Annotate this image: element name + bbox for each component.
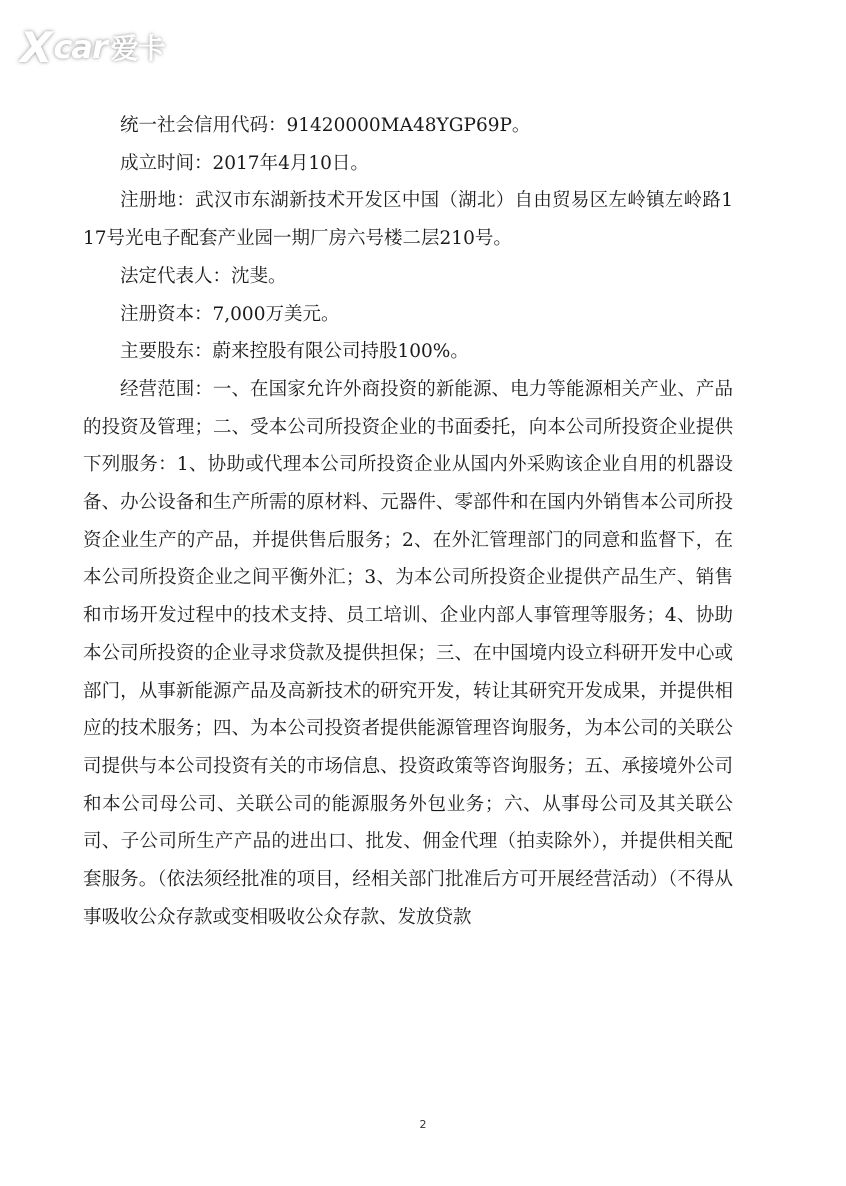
logo-x-mark: X [20, 23, 51, 72]
page-number: 2 [0, 1118, 846, 1131]
paragraph-credit-code: 统一社会信用代码：91420000MA48YGP69P。 [83, 107, 733, 145]
paragraph-legal-representative: 法定代表人：沈斐。 [83, 258, 733, 296]
paragraph-founded-date: 成立时间：2017年4月10日。 [83, 145, 733, 183]
logo-latin-text: car [53, 28, 106, 66]
paragraph-registered-address: 注册地：武汉市东湖新技术开发区中国（湖北）自由贸易区左岭镇左岭路117号光电子配… [83, 182, 733, 257]
paragraph-registered-capital: 注册资本：7,000万美元。 [83, 296, 733, 334]
paragraph-main-shareholder: 主要股东：蔚来控股有限公司持股100%。 [83, 333, 733, 371]
paragraph-business-scope: 经营范围：一、在国家允许外商投资的新能源、电力等能源相关产业、产品的投资及管理；… [83, 371, 733, 937]
xcar-watermark-logo: X car 爱卡 [20, 22, 190, 72]
document-page: 统一社会信用代码：91420000MA48YGP69P。 成立时间：2017年4… [83, 107, 733, 936]
logo-chinese-text: 爱卡 [111, 27, 165, 67]
